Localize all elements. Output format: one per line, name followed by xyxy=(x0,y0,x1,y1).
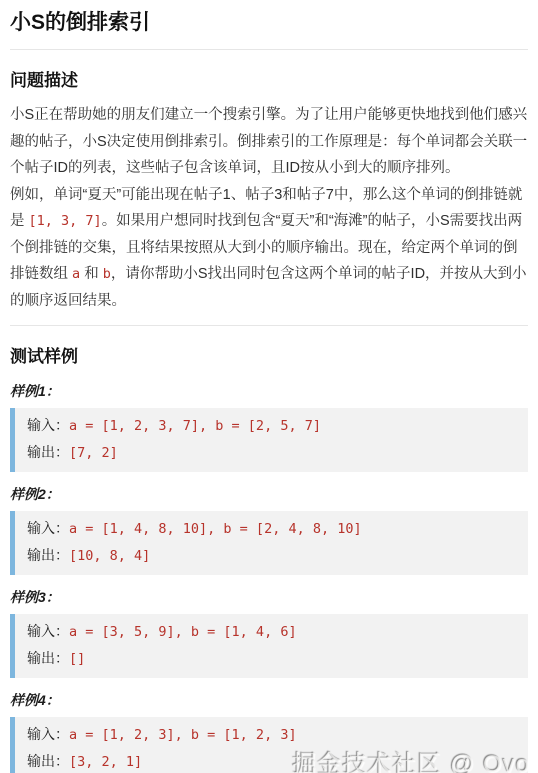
sample-input-code: a = [1, 2, 3], b = [1, 2, 3] xyxy=(69,727,297,743)
section-divider xyxy=(10,325,528,326)
samples-list: 样例1： 输入：a = [1, 2, 3, 7], b = [2, 5, 7]输… xyxy=(10,382,528,773)
sample-item: 样例3： 输入：a = [3, 5, 9], b = [1, 4, 6]输出：[… xyxy=(10,588,528,678)
inline-code: a xyxy=(72,266,80,282)
io-output-label: 输出： xyxy=(27,547,69,563)
text-run: 和 xyxy=(80,266,103,282)
io-input-label: 输入： xyxy=(27,623,69,639)
io-input-label: 输入： xyxy=(27,520,69,536)
io-input-label: 输入： xyxy=(27,417,69,433)
sample-input-line: 输入：a = [3, 5, 9], b = [1, 4, 6] xyxy=(27,619,516,646)
sample-output-line: 输出：[] xyxy=(27,646,516,673)
sample-code-block: 输入：a = [1, 2, 3], b = [1, 2, 3]输出：[3, 2,… xyxy=(10,717,528,773)
sample-output-code: [10, 8, 4] xyxy=(69,548,150,564)
sample-code-block: 输入：a = [1, 2, 3, 7], b = [2, 5, 7]输出：[7,… xyxy=(10,408,528,472)
text-run: 小S正在帮助她的朋友们建立一个搜索引擎。为了让用户能够更快地找到他们感兴趣的帖子… xyxy=(10,107,527,176)
sample-label: 样例2： xyxy=(10,485,528,503)
sample-item: 样例4： 输入：a = [1, 2, 3], b = [1, 2, 3]输出：[… xyxy=(10,691,528,773)
paragraph: 例如，单词“夏天”可能出现在帖子1、帖子3和帖子7中，那么这个单词的倒排链就是 … xyxy=(10,182,528,315)
inline-code: [1, 3, 7] xyxy=(29,213,102,229)
sample-output-line: 输出：[10, 8, 4] xyxy=(27,543,516,570)
sample-label: 样例1： xyxy=(10,382,528,400)
inline-code: b xyxy=(103,266,111,282)
sample-input-line: 输入：a = [1, 2, 3], b = [1, 2, 3] xyxy=(27,722,516,749)
sample-output-code: [] xyxy=(69,651,85,667)
sample-code-block: 输入：a = [1, 4, 8, 10], b = [2, 4, 8, 10]输… xyxy=(10,511,528,575)
sample-label: 样例4： xyxy=(10,691,528,709)
section-heading-samples: 测试样例 xyxy=(10,345,528,369)
sample-input-line: 输入：a = [1, 4, 8, 10], b = [2, 4, 8, 10] xyxy=(27,516,516,543)
sample-output-code: [7, 2] xyxy=(69,445,118,461)
document-page: 小S的倒排索引 问题描述 小S正在帮助她的朋友们建立一个搜索引擎。为了让用户能够… xyxy=(0,0,538,773)
sample-output-line: 输出：[3, 2, 1] xyxy=(27,749,516,773)
section-heading-problem: 问题描述 xyxy=(10,69,528,93)
sample-code-block: 输入：a = [3, 5, 9], b = [1, 4, 6]输出：[] xyxy=(10,614,528,678)
sample-input-code: a = [3, 5, 9], b = [1, 4, 6] xyxy=(69,624,297,640)
sample-label: 样例3： xyxy=(10,588,528,606)
sample-input-code: a = [1, 2, 3, 7], b = [2, 5, 7] xyxy=(69,418,321,434)
sample-output-code: [3, 2, 1] xyxy=(69,754,142,770)
sample-output-line: 输出：[7, 2] xyxy=(27,440,516,467)
io-output-label: 输出： xyxy=(27,444,69,460)
sample-input-code: a = [1, 4, 8, 10], b = [2, 4, 8, 10] xyxy=(69,521,362,537)
io-output-label: 输出： xyxy=(27,753,69,769)
io-output-label: 输出： xyxy=(27,650,69,666)
sample-item: 样例1： 输入：a = [1, 2, 3, 7], b = [2, 5, 7]输… xyxy=(10,382,528,472)
io-input-label: 输入： xyxy=(27,726,69,742)
sample-input-line: 输入：a = [1, 2, 3, 7], b = [2, 5, 7] xyxy=(27,413,516,440)
page-title: 小S的倒排索引 xyxy=(10,10,528,50)
sample-item: 样例2： 输入：a = [1, 4, 8, 10], b = [2, 4, 8,… xyxy=(10,485,528,575)
problem-description: 小S正在帮助她的朋友们建立一个搜索引擎。为了让用户能够更快地找到他们感兴趣的帖子… xyxy=(10,102,528,314)
paragraph: 小S正在帮助她的朋友们建立一个搜索引擎。为了让用户能够更快地找到他们感兴趣的帖子… xyxy=(10,102,528,182)
